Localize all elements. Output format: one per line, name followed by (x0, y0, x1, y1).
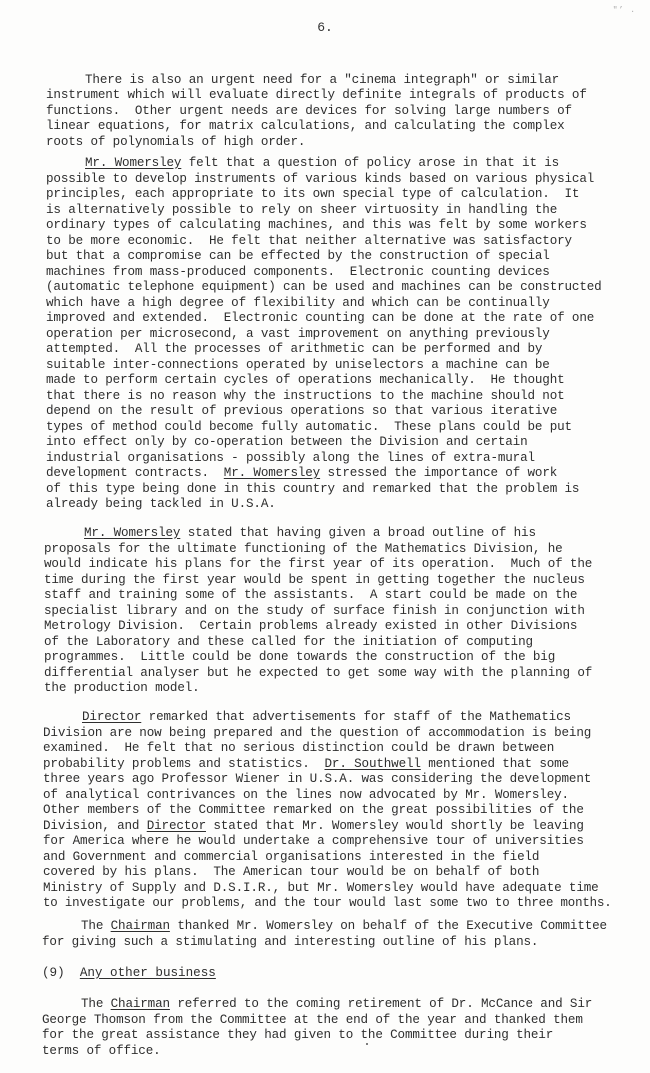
text-line: proposals for the ultimate functioning o… (44, 542, 563, 557)
text-line: to investigate our problems, and the tou… (43, 896, 612, 911)
text-line: of analytical contrivances on the lines … (43, 788, 569, 803)
text-line: principles, each appropriate to its own … (46, 187, 579, 202)
text-line: improved and extended. Electronic counti… (46, 311, 594, 326)
text-line: George Thomson from the Committee at the… (42, 1013, 583, 1028)
speaker-name: Chairman (111, 919, 170, 933)
speaker-name: Mr. Womersley (84, 526, 180, 540)
text-line: for America where he would undertake a c… (43, 834, 584, 849)
text-line: programmes. Little could be done towards… (44, 650, 555, 665)
line-text: The (81, 997, 111, 1011)
document-page: "’ . 6. There is also an urgent need for… (0, 0, 650, 1073)
text-line: examined. He felt that no serious distin… (43, 741, 554, 756)
text-line: There is also an urgent need for a "cine… (85, 73, 559, 88)
line-text: stated that having given a broad outline… (180, 526, 536, 540)
speaker-name: Director (82, 710, 141, 724)
line-text: stated that Mr. Womersley would shortly … (206, 819, 584, 833)
text-line: instrument which will evaluate directly … (46, 88, 587, 103)
text-line: time during the first year would be spen… (44, 573, 585, 588)
text-line: specialist library and on the study of s… (44, 604, 585, 619)
text-line: operation per microsecond, a vast improv… (46, 327, 550, 342)
text-line: the production model. (44, 681, 200, 696)
speaker-name: Mr. Womersley (85, 156, 181, 170)
text-line: suitable inter-connections operated by u… (46, 358, 550, 373)
section-number: (9) (42, 966, 65, 980)
text-line: linear equations, for matrix calculation… (46, 119, 565, 134)
text-line: covered by his plans. The American tour … (43, 865, 539, 880)
text-line: of the Laboratory and these called for t… (44, 635, 533, 650)
text-line: Mr. Womersley stated that having given a… (84, 526, 536, 541)
line-text: thanked Mr. Womersley on behalf of the E… (170, 919, 607, 933)
text-line: terms of office. (42, 1044, 161, 1059)
text-line: ordinary types of calculating machines, … (46, 218, 587, 233)
text-line: attempted. All the processes of arithmet… (46, 342, 542, 357)
text-line: functions. Other urgent needs are device… (46, 104, 572, 119)
line-text: felt that a question of policy arose in … (181, 156, 559, 170)
text-line: Ministry of Supply and D.S.I.R., but Mr.… (43, 881, 599, 896)
text-line: Other members of the Committee remarked … (43, 803, 584, 818)
section-title: Any other business (80, 966, 216, 980)
text-line: The Chairman thanked Mr. Womersley on be… (81, 919, 607, 934)
text-line: Mr. Womersley felt that a question of po… (85, 156, 559, 171)
text-line: and Government and commercial organisati… (43, 850, 539, 865)
text-line: that there is no reason why the instruct… (46, 389, 565, 404)
text-line: to be more economic. He felt that neithe… (46, 234, 572, 249)
speaker-name: Dr. Southwell (325, 757, 421, 771)
line-text: referred to the coming retirement of Dr.… (170, 997, 592, 1011)
line-text: The (81, 919, 111, 933)
text-line: made to perform certain cycles of operat… (46, 373, 565, 388)
text-line: already being tackled in U.S.A. (46, 497, 276, 512)
text-line: Division, and Director stated that Mr. W… (43, 819, 584, 834)
text-line: probability problems and statistics. Dr.… (43, 757, 569, 772)
speaker-name: Director (147, 819, 206, 833)
text-line: for giving such a stimulating and intere… (42, 935, 538, 950)
text-line: differential analyser but he expected to… (44, 666, 592, 681)
speaker-name: Mr. Womersley (224, 466, 320, 480)
text-line: The Chairman referred to the coming reti… (81, 997, 592, 1012)
text-line: possible to develop instruments of vario… (46, 172, 594, 187)
text-line: into effect only by co-operation between… (46, 435, 528, 450)
line-text: mentioned that some (421, 757, 569, 771)
text-line: for the great assistance they had given … (42, 1028, 553, 1043)
text-line: depend on the result of previous operati… (46, 404, 557, 419)
text-line: but that a compromise can be effected by… (46, 249, 550, 264)
text-line: types of method could become fully autom… (46, 420, 572, 435)
corner-mark: "’ . (613, 6, 636, 15)
line-text: remarked that advertisements for staff o… (141, 710, 571, 724)
text-line: Director remarked that advertisements fo… (82, 710, 571, 725)
text-line: Metrology Division. Certain problems alr… (44, 619, 577, 634)
text-line: three years ago Professor Wiener in U.S.… (43, 772, 591, 787)
line-text: Division, and (43, 819, 147, 833)
text-line: which have a high degree of flexibility … (46, 296, 550, 311)
text-line: of this type being done in this country … (46, 482, 579, 497)
text-line: would indicate his plans for the first y… (44, 557, 592, 572)
text-line: industrial organisations - possibly alon… (46, 451, 535, 466)
line-text: probability problems and statistics. (43, 757, 325, 771)
section-heading-any-other-business: (9) Any other business (42, 966, 216, 981)
speck (366, 1043, 368, 1045)
text-line: Division are now being prepared and the … (43, 726, 591, 741)
text-line: is alternatively possible to rely on she… (46, 203, 557, 218)
page-number: 6. (0, 20, 650, 35)
line-text: development contracts. (46, 466, 224, 480)
speaker-name: Chairman (111, 997, 170, 1011)
text-line: machines from mass-produced components. … (46, 265, 550, 280)
text-line: staff and training some of the assistant… (44, 588, 577, 603)
line-text: stressed the importance of work (320, 466, 557, 480)
text-line: (automatic telephone equipment) can be u… (46, 280, 602, 295)
text-line: development contracts. Mr. Womersley str… (46, 466, 557, 481)
text-line: roots of polynomials of high order. (46, 135, 305, 150)
